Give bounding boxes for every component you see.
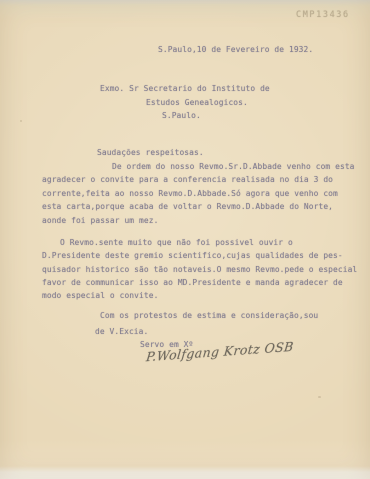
recipient-line-1: Exmo. Sr Secretario do Instituto de bbox=[100, 84, 270, 93]
body-line: modo especial o convite. bbox=[42, 291, 158, 300]
body-line: aonde foi passar um mez. bbox=[42, 216, 158, 225]
paper-speck bbox=[20, 120, 22, 122]
greeting-line: Saudações respeitosas. bbox=[97, 148, 204, 157]
body-line: D.Presidente deste gremio scientifico,cu… bbox=[42, 251, 343, 260]
body-line: favor de communicar isso ao MD.President… bbox=[42, 278, 343, 287]
closing-line-1: Com os protestos de estima e consideraçã… bbox=[100, 311, 318, 320]
closing-line-2: de V.Excia. bbox=[95, 327, 148, 336]
body-line: corrente,feita ao nosso Revmo.D.Abbade.S… bbox=[42, 189, 338, 198]
paper-speck bbox=[318, 396, 321, 398]
body-line: O Revmo.sente muito que não foi possivel… bbox=[60, 238, 293, 247]
body-line: De ordem do nosso Revmo.Sr.D.Abbade venh… bbox=[112, 162, 355, 171]
dateline: S.Paulo,10 de Fevereiro de 1932. bbox=[158, 45, 313, 54]
body-line: esta carta,porque acaba de voltar o Revm… bbox=[42, 202, 333, 211]
archival-stamp: CMP13436 bbox=[296, 10, 350, 20]
recipient-line-2: Estudos Genealogicos. bbox=[146, 98, 248, 107]
body-line: agradecer o convite para a conferencia r… bbox=[42, 175, 333, 184]
scanned-letter-page: CMP13436 S.Paulo,10 de Fevereiro de 1932… bbox=[0, 0, 370, 479]
body-line: quisador historico são tão notaveis.O me… bbox=[42, 265, 357, 274]
recipient-line-3: S.Paulo. bbox=[162, 111, 201, 120]
